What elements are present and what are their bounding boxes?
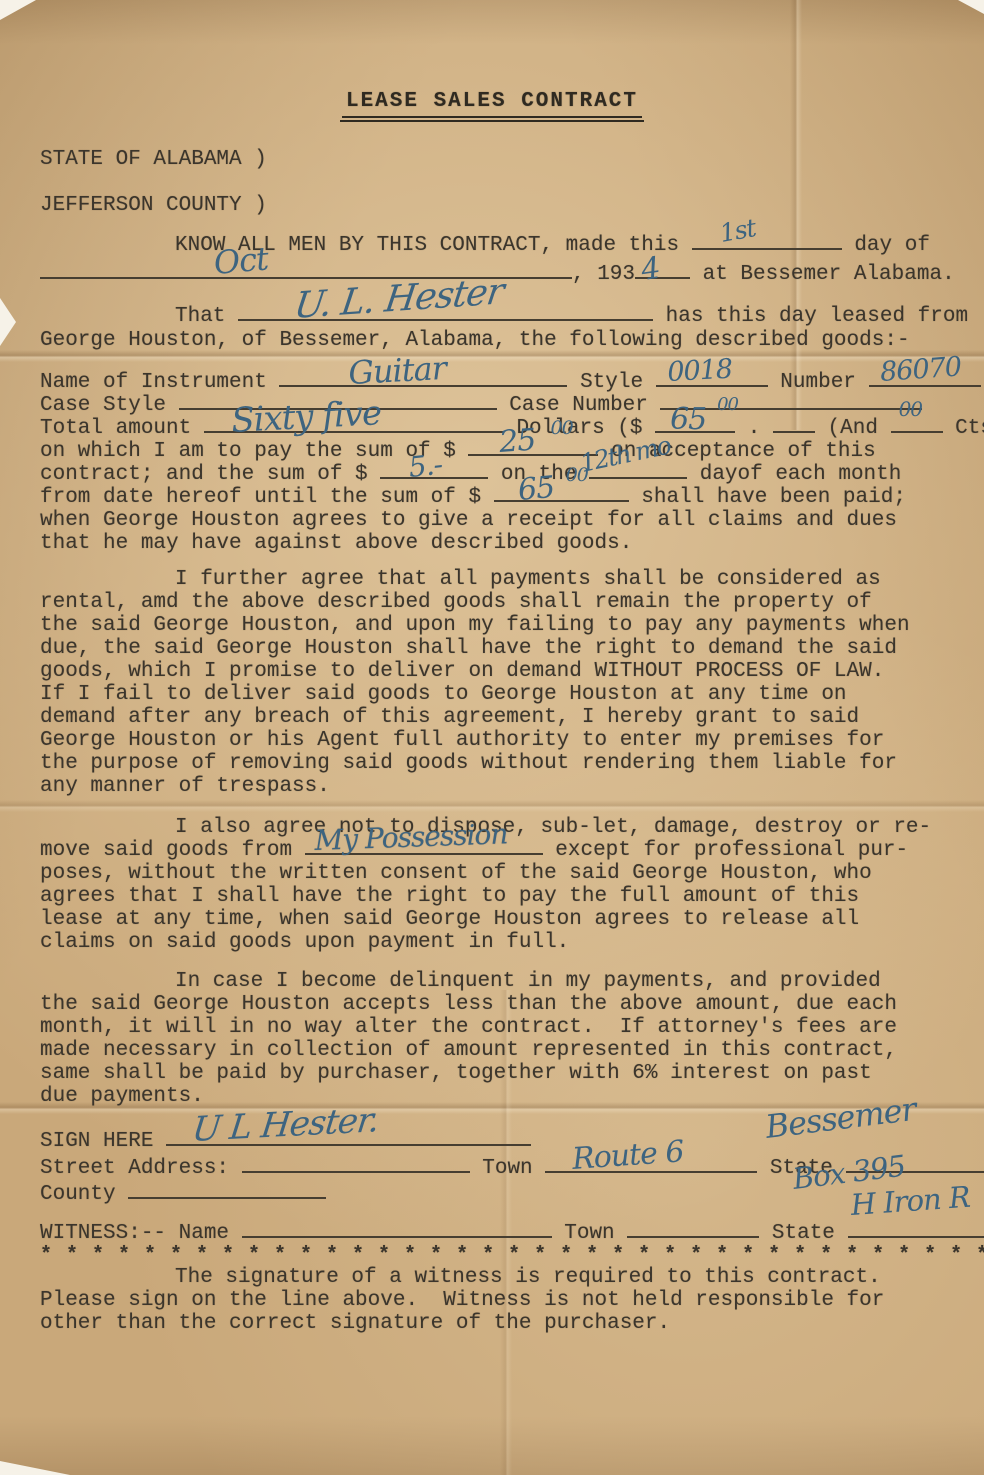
total-amount-blank: Sixty five xyxy=(204,417,504,433)
street-address-label: Street Address: xyxy=(40,1157,229,1180)
day-blank: 1st xyxy=(692,234,842,250)
case-row: Case Style Case Number xyxy=(40,394,922,417)
sign-here-label: SIGN HERE xyxy=(40,1130,153,1153)
dollars-cents-superscript-handwriting: 00 xyxy=(717,393,738,416)
possession-handwriting: My Possession xyxy=(314,822,508,852)
sign-here-row: SIGN HERE U L Hester. xyxy=(40,1130,531,1153)
purchaser-signature-handwriting: U L Hester. xyxy=(191,1109,380,1142)
witness-town-label: Town xyxy=(564,1222,614,1245)
paragraph-line: In case I become delinquent in my paymen… xyxy=(175,970,897,993)
payment-text: when George Houston agrees to give a rec… xyxy=(40,509,897,532)
and-label: (And xyxy=(828,417,878,440)
witness-row: WITNESS:-- Name Town State xyxy=(40,1222,984,1245)
payment-text: contract; and the sum of $ xyxy=(40,463,368,486)
street-address-blank xyxy=(242,1157,470,1173)
dollars-handwriting: 65 xyxy=(670,408,706,431)
paragraph-line: lease at any time, when said George Hous… xyxy=(40,908,931,931)
number-blank: 86070 xyxy=(869,371,981,387)
paragraph-line: claims on said goods upon payment in ful… xyxy=(40,931,931,954)
payment-text: shall have been paid; xyxy=(641,486,906,509)
payment-day-blank: 12th mo xyxy=(589,463,687,479)
asterisk-divider-text: * * * * * * * * * * * * * * * * * * * * … xyxy=(40,1244,984,1267)
number-label: Number xyxy=(780,371,856,394)
rental-clause-paragraph: I further agree that all payments shall … xyxy=(40,568,910,798)
county-blank xyxy=(128,1183,326,1199)
paragraph-line: the said George Houston accepts less tha… xyxy=(40,993,897,1016)
paragraph-line: made necessary in collection of amount r… xyxy=(40,1039,897,1062)
paragraph-line: same shall be paid by purchaser, togethe… xyxy=(40,1062,897,1085)
paragraph-line: month, it will in no way alter the contr… xyxy=(40,1016,897,1039)
payment-line-4: when George Houston agrees to give a rec… xyxy=(40,509,897,532)
instrument-label: Name of Instrument xyxy=(40,371,267,394)
total-due-blank: 6500 xyxy=(494,486,629,502)
cts-blank: 00 xyxy=(891,417,943,433)
torn-corner xyxy=(0,1461,70,1475)
cts-handwriting: 00 xyxy=(899,398,922,421)
footer-line: The signature of a witness is required t… xyxy=(175,1266,884,1289)
monthly-payment-handwriting: 5.- xyxy=(408,453,443,479)
lessee-name-blank: U. L. Hester xyxy=(238,305,653,321)
town-handwriting: Route 6 xyxy=(572,1140,685,1171)
lessor-text: George Houston, of Bessemer, Alabama, th… xyxy=(40,329,910,352)
possession-blank: My Possession xyxy=(305,839,543,855)
torn-corner xyxy=(0,0,36,20)
county-row: County xyxy=(40,1183,326,1206)
paragraph-line: George Houston or his Agent full authori… xyxy=(40,729,910,752)
footer-line: Please sign on the line above. Witness i… xyxy=(40,1289,884,1312)
total-amount-handwriting: Sixty five xyxy=(231,402,382,433)
footer-line: other than the correct signature of the … xyxy=(40,1312,884,1335)
town-label: Town xyxy=(482,1157,532,1180)
payment-line-5: that he may have against above described… xyxy=(40,532,632,555)
delinquency-clause-paragraph: In case I become delinquent in my paymen… xyxy=(40,970,897,1108)
payment-text: that he may have against above described… xyxy=(40,532,632,555)
paragraph-text: move said goods from xyxy=(40,839,292,862)
total-amount-label: Total amount xyxy=(40,417,191,440)
payment-line-2: contract; and the sum of $ 5.- on the 12… xyxy=(40,463,901,486)
paragraph-text: except for professional pur- xyxy=(555,839,908,862)
state-heading: STATE OF ALABAMA ) xyxy=(40,148,267,171)
year-prefix: , 193 xyxy=(572,263,635,286)
style-label: Style xyxy=(580,371,643,394)
payment-text: dayof each month xyxy=(700,463,902,486)
day-handwriting: 1st xyxy=(718,216,757,245)
total-due-cents-handwriting: 00 xyxy=(566,464,588,487)
intro-text: at Bessemer Alabama. xyxy=(703,263,955,286)
intro-text: day of xyxy=(854,234,930,257)
lessee-signature-handwriting: U. L. Hester xyxy=(293,280,505,318)
payment-line-3: from date hereof until the sum of $ 6500… xyxy=(40,486,906,509)
lessor-line: George Houston, of Bessemer, Alabama, th… xyxy=(40,329,910,352)
witness-requirement-note: The signature of a witness is required t… xyxy=(40,1266,884,1335)
paragraph-line: due, the said George Houston shall have … xyxy=(40,637,910,660)
asterisk-divider: * * * * * * * * * * * * * * * * * * * * … xyxy=(40,1244,984,1267)
paragraph-line: poses, without the written consent of th… xyxy=(40,862,931,885)
payment-text: from date hereof until the sum of $ xyxy=(40,486,481,509)
paragraph-line: the purpose of removing said goods witho… xyxy=(40,752,910,775)
torn-corner xyxy=(958,0,984,14)
payment-text: on which I am to pay the sum of $ xyxy=(40,440,456,463)
case-number-label: Case Number xyxy=(509,394,648,417)
paragraph-line: demand after any breach of this agreemen… xyxy=(40,706,910,729)
dollars-blank: 6500 xyxy=(655,417,735,433)
dollars-label: Dollars ($ xyxy=(516,417,642,440)
paragraph-line: the said George Houston, and upon my fai… xyxy=(40,614,910,637)
paragraph-line: goods, which I promise to deliver on dem… xyxy=(40,660,910,683)
county-label: County xyxy=(40,1183,116,1206)
month-handwriting: Oct xyxy=(213,247,269,275)
case-style-label: Case Style xyxy=(40,394,166,417)
cents-blank xyxy=(773,417,815,433)
paragraph-line: due payments. xyxy=(40,1085,897,1108)
instrument-handwriting: Guitar xyxy=(348,357,447,385)
document-title: LEASE SALES CONTRACT xyxy=(340,90,644,122)
paragraph-line: agrees that I shall have the right to pa… xyxy=(40,885,931,908)
number-handwriting: 86070 xyxy=(879,355,961,384)
down-payment-handwriting: 25 xyxy=(499,429,537,454)
payment-line-1: on which I am to pay the sum of $ 2500 o… xyxy=(40,440,876,463)
witness-state-blank xyxy=(848,1222,984,1238)
witness-state-label: State xyxy=(772,1222,835,1245)
lessee-line: That U. L. Hester has this day leased fr… xyxy=(175,305,968,328)
cts-label: Cts. xyxy=(955,417,984,440)
witness-name-label: WITNESS:-- Name xyxy=(40,1222,229,1245)
paper-fold-line xyxy=(0,800,984,812)
paragraph-line: If I fail to deliver said goods to Georg… xyxy=(40,683,910,706)
no-disposal-clause-paragraph: I also agree not to dispose, sub-let, da… xyxy=(40,816,931,954)
down-payment-cents-handwriting: 00 xyxy=(550,417,572,440)
county-heading: JEFFERSON COUNTY ) xyxy=(40,194,267,217)
paragraph-line: rental, amd the above described goods sh… xyxy=(40,591,910,614)
town-blank: Route 6 xyxy=(545,1157,757,1173)
paragraph-line: any manner of trespass. xyxy=(40,775,910,798)
state-heading-text: STATE OF ALABAMA ) xyxy=(40,148,267,171)
year-handwriting: 4 xyxy=(640,257,661,282)
that-text: has this day leased from xyxy=(666,305,968,328)
style-blank: 0018 xyxy=(656,371,768,387)
paragraph-line: I also agree not to dispose, sub-let, da… xyxy=(175,816,931,839)
extra-note-handwriting: H Iron R xyxy=(850,1180,971,1222)
paragraph-line: I further agree that all payments shall … xyxy=(175,568,910,591)
signature-blank: U L Hester. xyxy=(166,1130,531,1146)
county-heading-text: JEFFERSON COUNTY ) xyxy=(40,194,267,217)
scanned-lease-contract-document: LEASE SALES CONTRACT STATE OF ALABAMA ) … xyxy=(0,0,984,1475)
instrument-blank: Guitar xyxy=(279,371,567,387)
year-blank: 4 xyxy=(635,263,690,279)
witness-name-blank xyxy=(242,1222,552,1238)
monthly-payment-blank: 5.- xyxy=(380,463,488,479)
witness-town-blank xyxy=(627,1222,759,1238)
instrument-row: Name of Instrument Guitar Style 0018 Num… xyxy=(40,371,981,394)
torn-edge xyxy=(0,298,16,346)
paragraph-line-with-blank: move said goods from My Possession excep… xyxy=(40,839,931,862)
paper-fold-line xyxy=(790,0,802,430)
that-text: That xyxy=(175,305,225,328)
intro-line-1: KNOW ALL MEN BY THIS CONTRACT, made this… xyxy=(175,234,930,257)
style-handwriting: 0018 xyxy=(666,358,732,384)
decimal-point: . xyxy=(748,417,761,440)
document-header: LEASE SALES CONTRACT xyxy=(0,90,984,122)
total-due-handwriting: 65 xyxy=(517,476,555,502)
